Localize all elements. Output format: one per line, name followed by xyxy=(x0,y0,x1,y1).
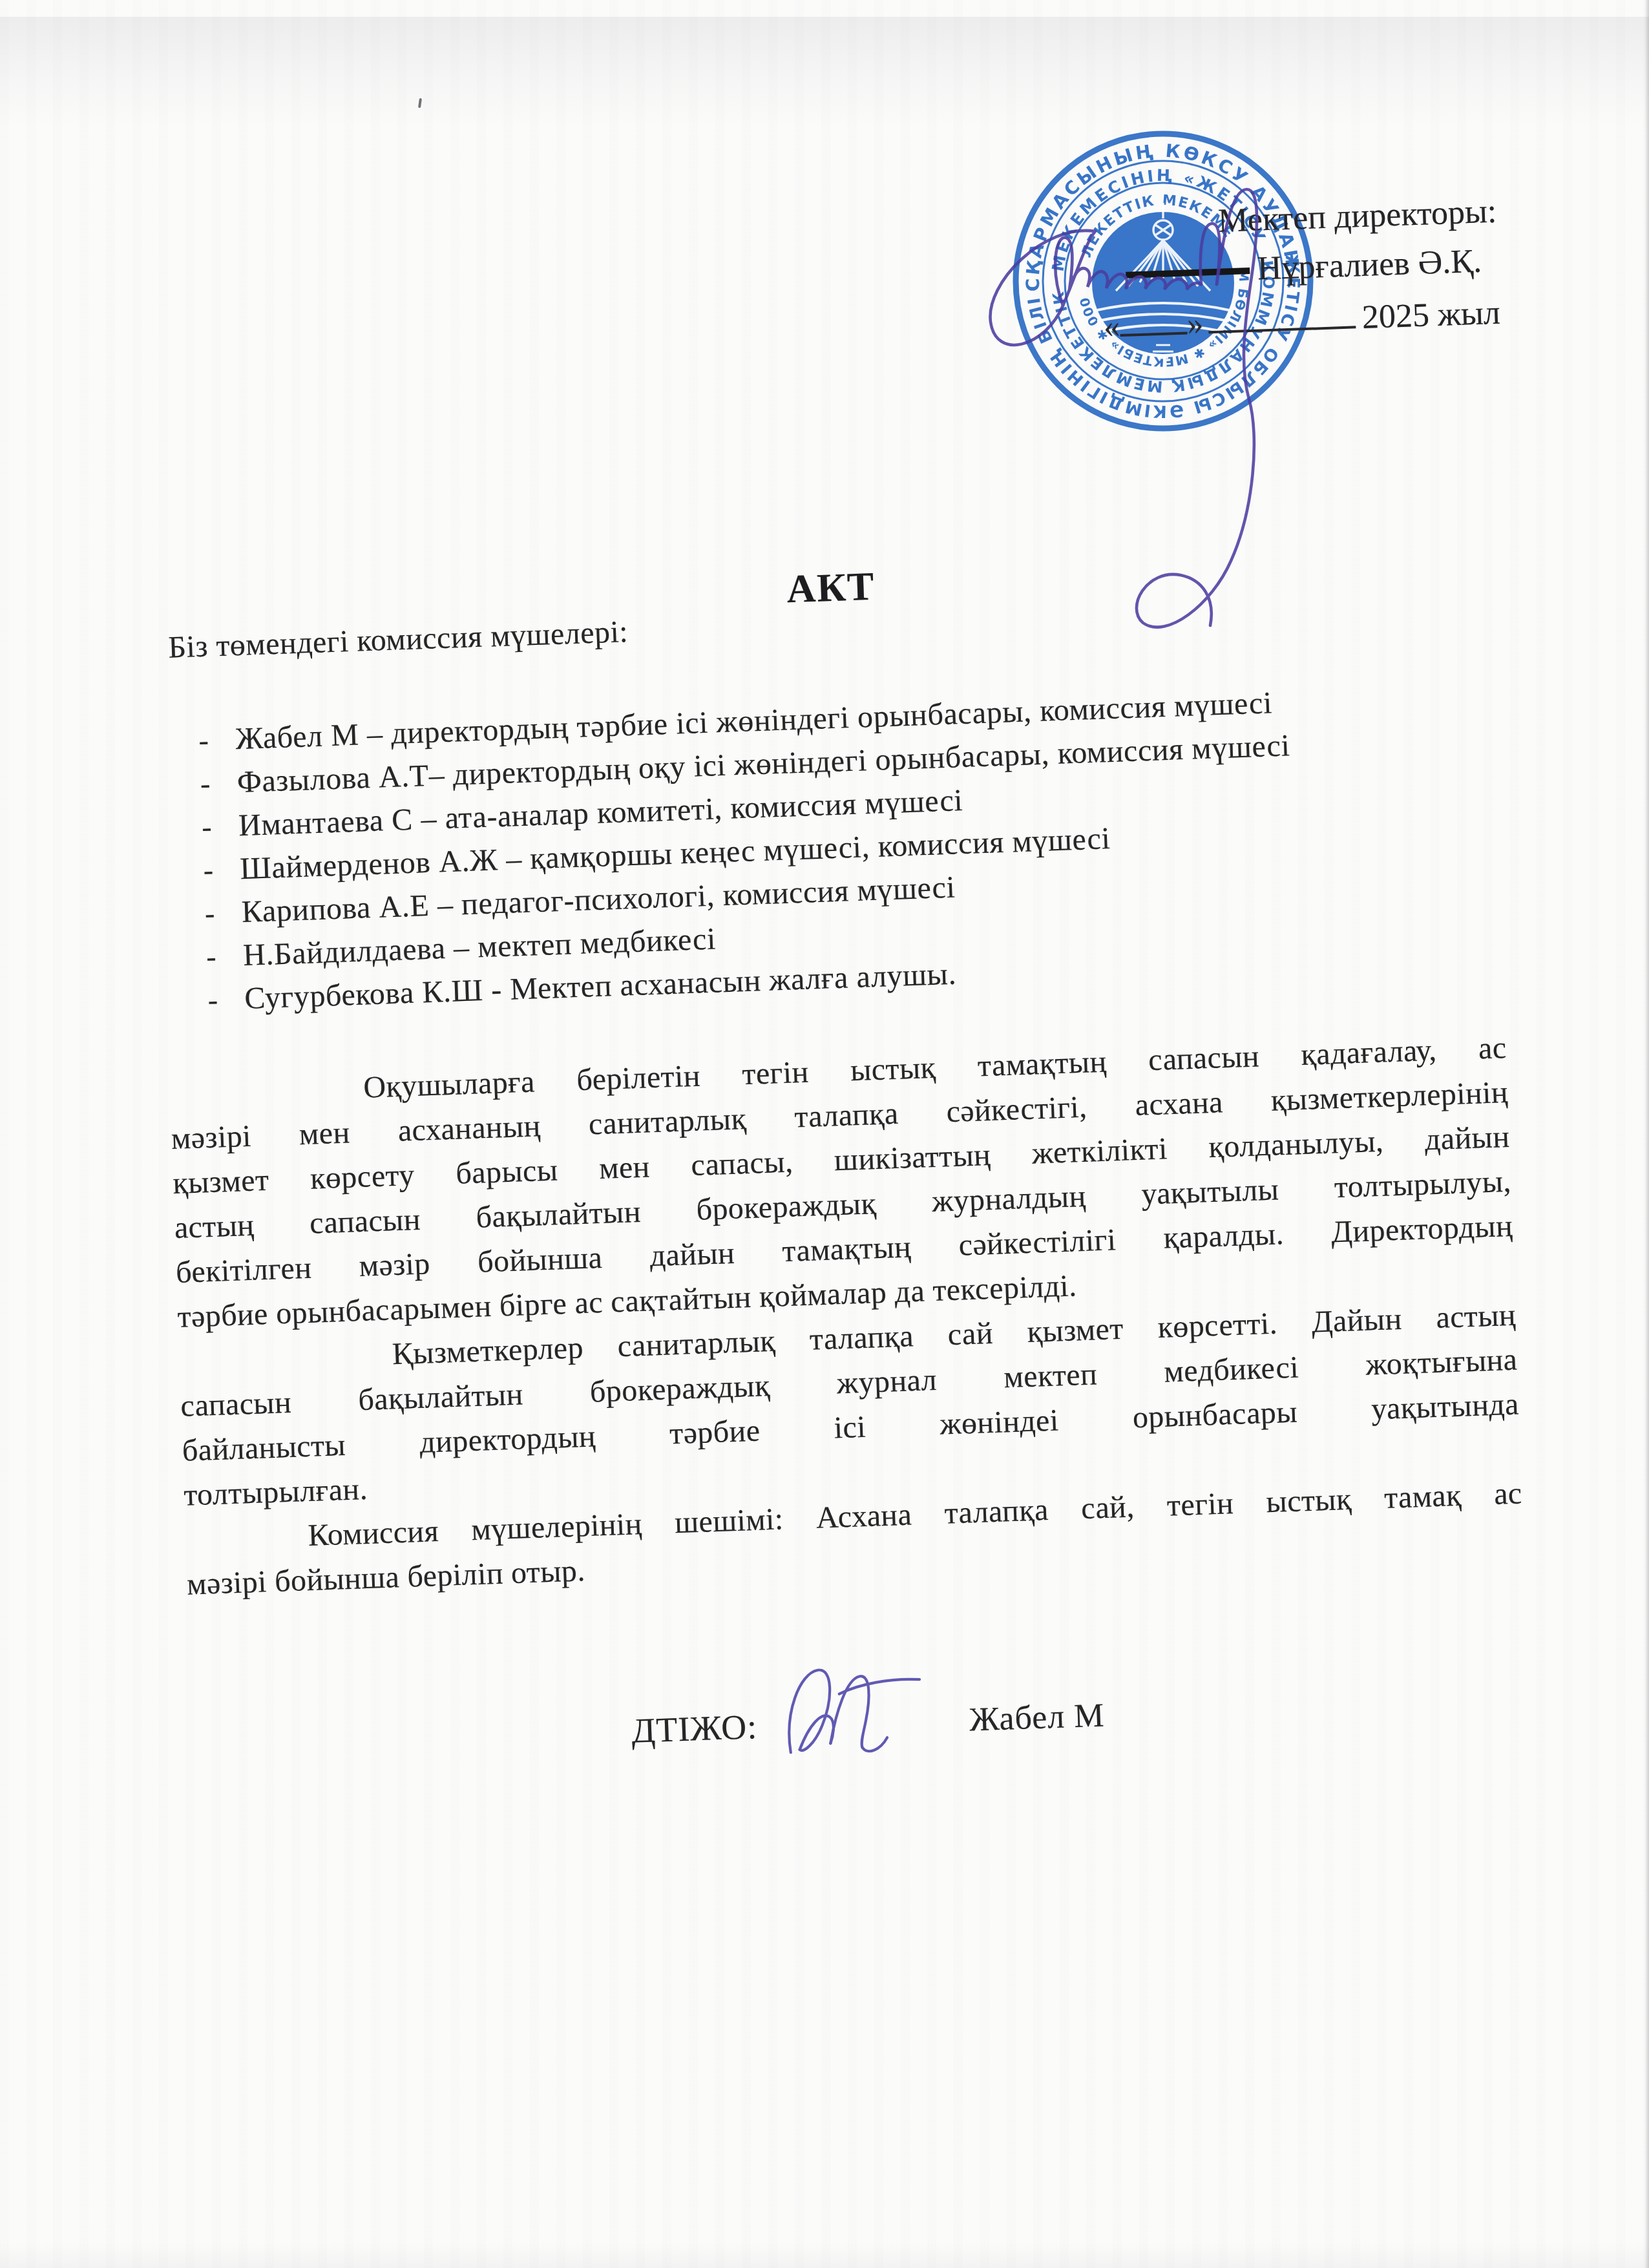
date-year: 2025 жыл xyxy=(1361,289,1501,342)
list-dash: - xyxy=(204,892,216,936)
list-dash: - xyxy=(205,935,217,979)
document-text-layer: Мектеп директоры: Нұрғалиев Ә.Қ. « » 202… xyxy=(138,142,1649,1809)
body-paragraphs: Оқушыларға берілетін тегін ыстық тамақты… xyxy=(169,1025,1524,1607)
scan-bottom-shadow xyxy=(0,2242,1649,2268)
handwritten-signature-small xyxy=(773,1651,932,1766)
signoff-name: Жабел М xyxy=(969,1696,1105,1739)
signoff-signature xyxy=(773,1651,932,1766)
scanned-document-page: БАСҚАРМАСЫНЫҢ КӨКСУ АУДАНЫ «ЖЕТІСУ ОБЛЫС… xyxy=(0,0,1649,2268)
list-dash: - xyxy=(200,762,211,806)
scan-top-shadow xyxy=(0,17,1649,127)
document-title: АКТ xyxy=(701,561,961,616)
commission-members-list: - Жабел М – директордың тәрбие ісі жөнін… xyxy=(156,674,1484,1023)
signoff-row: ДТІЖО: Жабел М xyxy=(629,1644,1106,1770)
intro-line: Біз төмендегі комиссия мүшелері: xyxy=(168,614,629,666)
list-dash: - xyxy=(202,848,214,892)
list-dash: - xyxy=(198,719,209,762)
director-name: Нұрғалиев Ә.Қ. xyxy=(1257,243,1482,288)
director-handwritten-signature xyxy=(972,173,1276,667)
list-dash: - xyxy=(201,805,213,849)
signoff-label: ДТІЖО: xyxy=(631,1706,758,1751)
list-dash: - xyxy=(207,978,218,1022)
